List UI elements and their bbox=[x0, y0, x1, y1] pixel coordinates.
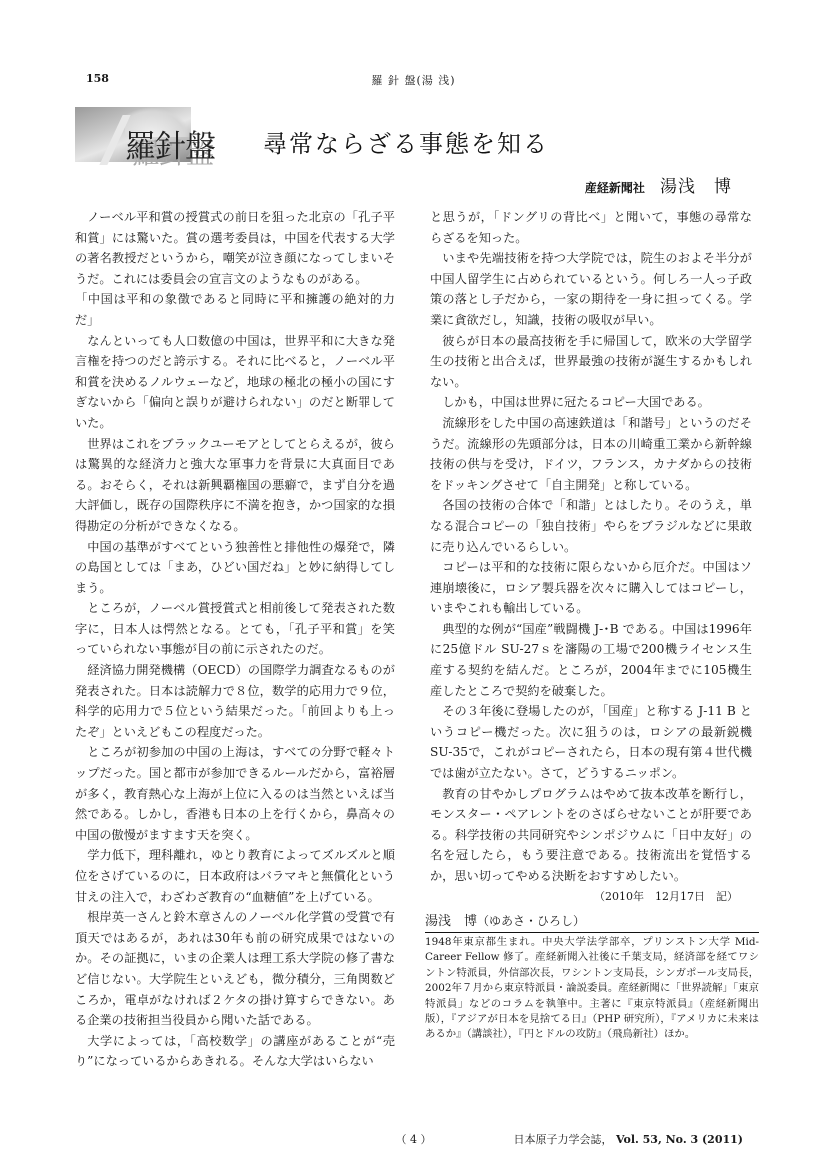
quote-paragraph: 「中国は平和の象徴であると同時に平和擁護の絶対的力だ」 bbox=[75, 289, 395, 330]
paragraph: 教育の甘やかしプログラムはやめて抜本改革を断行し，モンスター・ペアレントをのさば… bbox=[430, 784, 752, 887]
paragraph: 流線形をした中国の高速鉄道は「和諧号」というのだそうだ。流線形の先頭部分は，日本… bbox=[430, 413, 752, 495]
article-title: 尋常ならざる事態を知る bbox=[263, 124, 549, 159]
paragraph: 典型的な例が“国産”戦闘機 J-･B である。中国は1996年に25億ドル SU… bbox=[430, 619, 752, 701]
byline-organization: 産経新聞社 bbox=[585, 181, 645, 195]
page-footer: （ 4 ） 日本原子力学会誌， Vol. 53, No. 3 (2011) bbox=[0, 1131, 827, 1147]
paragraph: コピーは平和的な技術に限らないから厄介だ。中国はソ連崩壊後に，ロシア製兵器を次々… bbox=[430, 557, 752, 619]
paragraph: ところが，ノーベル賞授賞式と相前後して発表された数字に，日本人は愕然となる。とて… bbox=[75, 598, 395, 660]
paragraph: 世界はこれをブラックユーモアとしてとらえるが，彼らは驚異的な経済力と強大な軍事力… bbox=[75, 434, 395, 537]
journal-name: 日本原子力学会誌， bbox=[513, 1133, 612, 1146]
left-column: ノーベル平和賞の授賞式の前日を狙った北京の「孔子平和賞」には驚いた。賞の選考委員… bbox=[75, 207, 395, 1072]
profile-reading: （ゆあさ・ひろし） bbox=[477, 914, 585, 928]
paragraph: しかも，中国は世界に冠たるコピー大国である。 bbox=[430, 392, 752, 413]
paragraph-continued: と思うが，「ドングリの背比べ」と聞いて，事態の尋常ならざるを知った。 bbox=[430, 207, 752, 248]
paragraph: その３年後に登場したのが，「国産」と称する J-11 B というコピー機だった。… bbox=[430, 701, 752, 783]
paragraph: 学力低下，理科離れ，ゆとり教育によってズルズルと順位をさげているのに，日本政府は… bbox=[75, 845, 395, 907]
paragraph: ところが初参加の中国の上海は，すべての分野で軽々トップだった。国と都市が参加でき… bbox=[75, 742, 395, 845]
paragraph: 経済協力開発機構（OECD）の国際学力調査なるものが発表された。日本は読解力で８… bbox=[75, 660, 395, 742]
date-note: （2010年 12月17日 記） bbox=[430, 887, 752, 908]
paragraph: ノーベル平和賞の授賞式の前日を狙った北京の「孔子平和賞」には驚いた。賞の選考委員… bbox=[75, 207, 395, 289]
paragraph: 根岸英一さんと鈴木章さんのノーベル化学賞の受賞で有頂天ではあるが，あれは30年も… bbox=[75, 907, 395, 1031]
right-column: と思うが，「ドングリの背比べ」と聞いて，事態の尋常ならざるを知った。 いまや先端… bbox=[430, 207, 752, 907]
profile-body: 1948年東京都生まれ。中央大学法学部卒，プリンストン大学 Mid-Career… bbox=[425, 933, 759, 1043]
paragraph: なんといっても人口数億の中国は，世界平和に大きな発言権を持つのだと誇示する。それ… bbox=[75, 331, 395, 434]
paragraph: いまや先端技術を持つ大学院では，院生のおよそ半分が中国人留学生に占められていると… bbox=[430, 248, 752, 330]
byline-author: 湯浅 博 bbox=[660, 177, 732, 197]
column-logo: 羅針盤 bbox=[125, 132, 215, 163]
profile-name: 湯浅 博 bbox=[425, 914, 477, 929]
paragraph: 中国の基準がすべてという独善性と排他性の爆発で，隣の島国としては「まあ，ひどい国… bbox=[75, 537, 395, 599]
journal-volume: Vol. 53, No. 3 (2011) bbox=[616, 1133, 743, 1146]
author-profile: 湯浅 博（ゆあさ・ひろし） 1948年東京都生まれ。中央大学法学部卒，プリンスト… bbox=[425, 910, 759, 1043]
paragraph: 各国の技術の合体で「和諧」とはしたり。そのうえ，単なる混合コピーの「独自技術」や… bbox=[430, 495, 752, 557]
paragraph: 大学によっては，「高校数学」の講座があることが“売り”になっているからあきれる。… bbox=[75, 1031, 395, 1072]
byline: 産経新聞社 湯浅 博 bbox=[585, 172, 732, 197]
profile-heading: 湯浅 博（ゆあさ・ひろし） bbox=[425, 910, 759, 933]
running-title: 羅 針 盤(湯 浅) bbox=[0, 72, 827, 88]
journal-citation: 日本原子力学会誌， Vol. 53, No. 3 (2011) bbox=[513, 1131, 743, 1147]
running-header: 158 羅 針 盤(湯 浅) bbox=[0, 72, 827, 88]
paragraph: 彼らが日本の最高技術を手に帰国して，欧米の大学留学生の技術と出合えば，世界最強の… bbox=[430, 331, 752, 393]
